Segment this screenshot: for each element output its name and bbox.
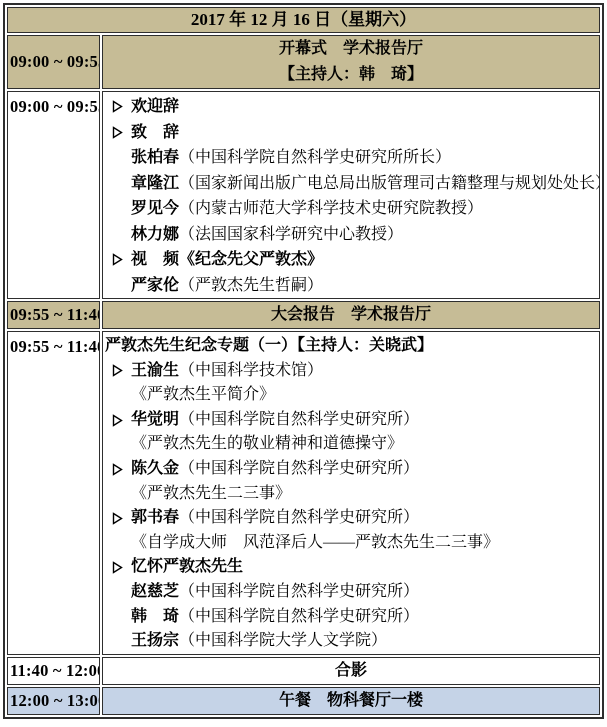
item-name: 陈久金 [131, 460, 179, 477]
item-name: 张柏春 [131, 149, 179, 166]
plenary-detail-cell: 严敦杰先生纪念专题（一）【主持人：关晓武】 王渝生（中国科学技术馆） 《严敦杰生… [102, 331, 600, 655]
date-header-row: 2017 年 12 月 16 日（星期六） [7, 7, 600, 33]
list-item: 《自学成大师 风范泽后人——严敦杰先生二三事》 [105, 531, 597, 556]
plenary-banner: 大会报告 学术报告厅 [102, 301, 600, 329]
item-detail: （中国科学院自然科学史研究所） [179, 608, 419, 625]
item-detail: （内蒙古师范大学科学技术史研究院教授） [179, 200, 483, 217]
conference-program-page: 2017 年 12 月 16 日（星期六） 09:00 ~ 09:55 开幕式 … [0, 0, 607, 727]
item-detail: （中国科学院大学人文学院） [179, 632, 387, 649]
list-item: 忆怀严敦杰先生 [105, 555, 597, 580]
arrowhead-right-icon [105, 561, 131, 574]
lunch-row: 12:00 ~ 13:00 午餐 物科餐厅一楼 [7, 687, 600, 715]
opening-title: 开幕式 学术报告厅 [105, 36, 597, 62]
list-item: 章隆江（国家新闻出版广电总局出版管理司古籍整理与规划处处长） [105, 171, 597, 197]
photo-title: 合影 [102, 657, 600, 685]
list-item: 视 频《纪念先父严敦杰》 [105, 247, 597, 273]
item-name: 致 辞 [131, 124, 179, 141]
plenary-banner-row: 09:55 ~ 11:40 大会报告 学术报告厅 [7, 301, 600, 329]
item-detail: （中国科学院自然科学史研究所） [179, 411, 419, 428]
lunch-title: 午餐 物科餐厅一楼 [102, 687, 600, 715]
plenary-time: 09:55 ~ 11:40 [7, 301, 100, 329]
list-item: 赵慈芝（中国科学院自然科学史研究所） [105, 580, 597, 605]
item-detail: （中国科学院自然科学史研究所） [179, 509, 419, 526]
item-detail: （中国科学院自然科学史研究所所长） [179, 149, 451, 166]
arrowhead-right-icon [105, 414, 131, 427]
list-item: 张柏春（中国科学院自然科学史研究所所长） [105, 145, 597, 171]
plenary-detail-time: 09:55 ~ 11:40 [7, 331, 100, 655]
item-detail: 《严敦杰先生的敬业精神和道德操守》 [131, 435, 403, 452]
item-detail: （法国国家科学研究中心教授） [179, 226, 403, 243]
opening-detail-cell: 欢迎辞 致 辞 张柏春（中国科学院自然科学史研究所所长） 章隆江（国家新闻出版广… [102, 91, 600, 299]
item-name: 郭书春 [131, 509, 179, 526]
schedule-table: 2017 年 12 月 16 日（星期六） 09:00 ~ 09:55 开幕式 … [3, 3, 604, 719]
item-detail: （中国科学院自然科学史研究所） [179, 460, 419, 477]
list-item: 韩 琦（中国科学院自然科学史研究所） [105, 605, 597, 630]
arrowhead-right-icon [105, 463, 131, 476]
date-header: 2017 年 12 月 16 日（星期六） [7, 7, 600, 33]
item-detail: 《自学成大师 风范泽后人——严敦杰先生二三事》 [131, 534, 499, 551]
item-name: 赵慈芝 [131, 583, 179, 600]
opening-detail-time: 09:00 ~ 09:55 [7, 91, 100, 299]
list-item: 罗见今（内蒙古师范大学科学技术史研究院教授） [105, 196, 597, 222]
opening-host: 【主持人：韩 琦】 [105, 62, 597, 88]
item-name: 欢迎辞 [131, 98, 179, 115]
list-item: 《严敦杰生平简介》 [105, 383, 597, 408]
list-item: 王扬宗（中国科学院大学人文学院） [105, 629, 597, 654]
list-item: 陈久金（中国科学院自然科学史研究所） [105, 457, 597, 482]
item-name: 林力娜 [131, 226, 179, 243]
list-item: 《严敦杰先生二三事》 [105, 482, 597, 507]
session-title: 严敦杰先生纪念专题（一）【主持人：关晓武】 [105, 334, 597, 359]
list-item: 《严敦杰先生的敬业精神和道德操守》 [105, 432, 597, 457]
item-name: 王扬宗 [131, 632, 179, 649]
item-name: 罗见今 [131, 200, 179, 217]
item-detail: 《严敦杰生平简介》 [131, 386, 275, 403]
lunch-time: 12:00 ~ 13:00 [7, 687, 100, 715]
arrowhead-right-icon [105, 126, 131, 139]
list-item: 郭书春（中国科学院自然科学史研究所） [105, 506, 597, 531]
list-item: 华觉明（中国科学院自然科学史研究所） [105, 408, 597, 433]
list-item: 王渝生（中国科学技术馆） [105, 359, 597, 384]
photo-time: 11:40 ~ 12:00 [7, 657, 100, 685]
item-detail: （国家新闻出版广电总局出版管理司古籍整理与规划处处长） [179, 175, 600, 192]
arrowhead-right-icon [105, 253, 131, 266]
list-item: 严家伦（严敦杰先生哲嗣） [105, 273, 597, 299]
arrowhead-right-icon [105, 364, 131, 377]
list-item: 欢迎辞 [105, 94, 597, 120]
arrowhead-right-icon [105, 100, 131, 113]
opening-banner: 开幕式 学术报告厅 【主持人：韩 琦】 [102, 35, 600, 89]
item-detail: （严敦杰先生哲嗣） [179, 277, 323, 294]
opening-time: 09:00 ~ 09:55 [7, 35, 100, 89]
item-name: 华觉明 [131, 411, 179, 428]
item-name: 韩 琦 [131, 608, 179, 625]
item-name: 忆怀严敦杰先生 [131, 558, 243, 575]
item-name: 严家伦 [131, 277, 179, 294]
list-item: 致 辞 [105, 120, 597, 146]
item-detail: （中国科学院自然科学史研究所） [179, 583, 419, 600]
item-name: 王渝生 [131, 362, 179, 379]
photo-row: 11:40 ~ 12:00 合影 [7, 657, 600, 685]
arrowhead-right-icon [105, 512, 131, 525]
plenary-detail-row: 09:55 ~ 11:40 严敦杰先生纪念专题（一）【主持人：关晓武】 王渝生（… [7, 331, 600, 655]
list-item: 林力娜（法国国家科学研究中心教授） [105, 222, 597, 248]
item-detail: （中国科学技术馆） [179, 362, 323, 379]
opening-banner-row: 09:00 ~ 09:55 开幕式 学术报告厅 【主持人：韩 琦】 [7, 35, 600, 89]
item-name: 章隆江 [131, 175, 179, 192]
item-name: 视 频《纪念先父严敦杰》 [131, 251, 323, 268]
opening-detail-row: 09:00 ~ 09:55 欢迎辞 致 辞 张柏春（中国科学院自然科学史研究所所… [7, 91, 600, 299]
item-detail: 《严敦杰先生二三事》 [131, 485, 291, 502]
